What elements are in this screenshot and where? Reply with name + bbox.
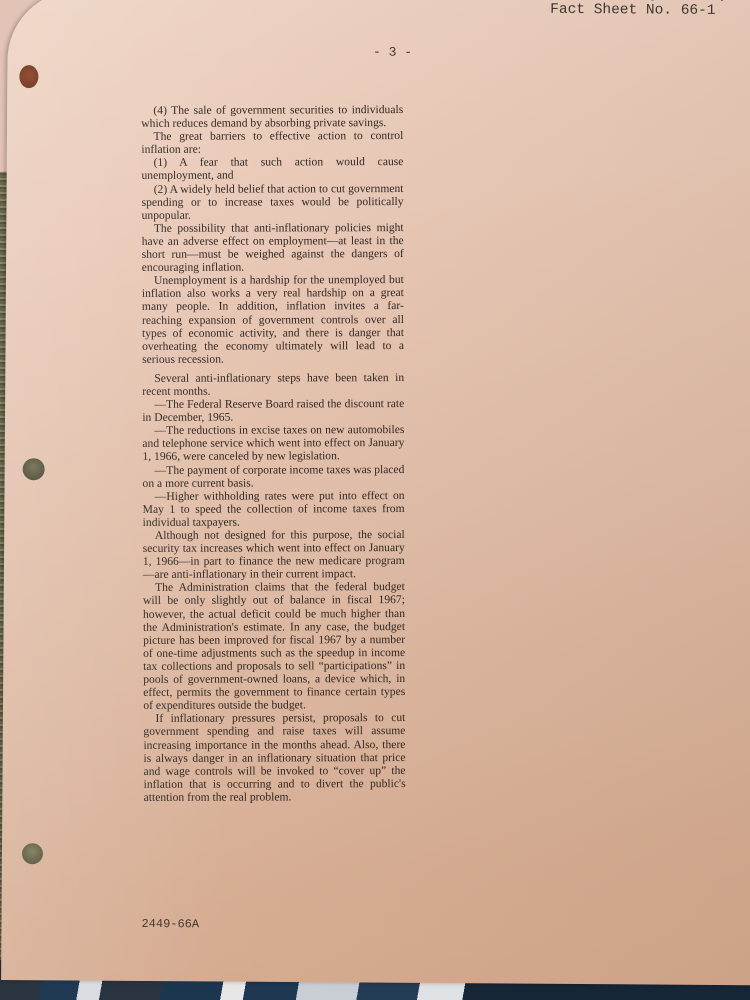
document-header: Farm Bureau Policy Development Fact Shee… [498,0,750,19]
paragraph: The great barriers to effective action t… [141,129,403,156]
paragraph: If inflationary pressures persist, propo… [143,711,405,804]
paragraph: (1) A fear that such action would cause … [141,155,403,182]
paragraph: —The reductions in excise taxes on new a… [142,423,404,463]
paragraph: Unemployment is a hardship for the unemp… [142,273,404,366]
paragraph: —The Federal Reserve Board raised the di… [142,397,404,424]
punch-hole-top [19,65,38,88]
punch-hole-middle [23,458,45,480]
header-fact-sheet: Fact Sheet No. 66-1 [498,1,750,19]
paragraph: —Higher withholding rates were put into … [143,489,405,529]
paragraph: (4) The sale of government securities to… [141,103,403,130]
paragraph: (2) A widely held belief that action to … [141,182,403,222]
paragraph: Although not designed for this purpose, … [143,528,405,581]
paragraph: The Administration claims that the feder… [143,580,405,712]
footer-document-code: 2449-66A [141,917,199,931]
document-page: Farm Bureau Policy Development Fact Shee… [1,0,750,985]
punch-hole-bottom [22,843,43,864]
body-text-column: (4) The sale of government securities to… [141,103,405,804]
paragraph: —The payment of corporate income taxes w… [142,463,404,490]
paragraph: Several anti-inflationary steps have bee… [142,371,404,398]
paragraph: The possibility that anti-inflationary p… [142,221,404,274]
page-number: - 3 - [363,44,423,59]
